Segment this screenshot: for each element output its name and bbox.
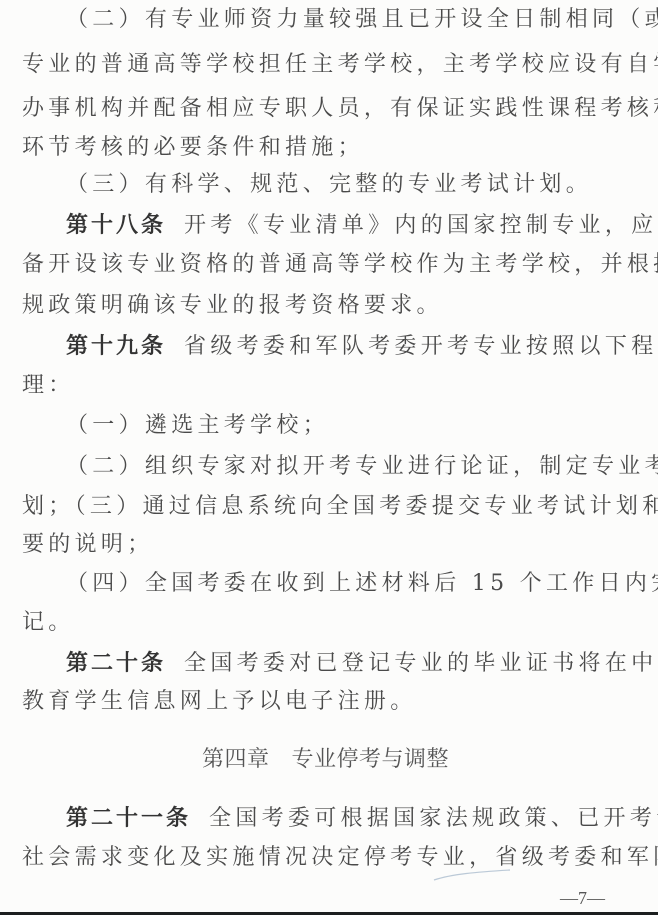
line-text: （四）全国考委在收到上述材料后 15 个工作日内完成专业登: [66, 571, 658, 596]
article-number: 第十九条: [66, 333, 166, 359]
article-18-line-3: 规政策明确该专业的报考资格要求。: [22, 291, 614, 321]
line-text: （二）组织专家对拟开考专业进行论证，制定专业考试计: [66, 454, 658, 479]
pen-mark-icon: [432, 868, 512, 882]
article-19-item-1: （一）遴选主考学校；: [66, 411, 614, 441]
line-text: 环节考核的必要条件和措施；: [22, 135, 364, 160]
article-19-line-1: 第十九条省级考委和军队考委开考专业按照以下程序办: [66, 331, 614, 361]
line-text: 开考《专业清单》内的国家控制专业，应遴选具: [184, 213, 658, 238]
chapter-number: 第四章: [202, 747, 270, 772]
line-text: 划；（三）通过信息系统向全国考委提交专业考试计划和其他必: [22, 494, 658, 519]
clause-3-line-1: （三）有科学、规范、完整的专业考试计划。: [66, 170, 614, 200]
line-text: （一）遴选主考学校；: [66, 413, 329, 438]
clause-2-line-2: 专业的普通高等学校担任主考学校，主考学校应设有自学考试的: [22, 50, 614, 80]
line-text: （二）有专业师资力量较强且已开设全日制相同（或相近）: [66, 7, 658, 32]
line-text: 专业的普通高等学校担任主考学校，主考学校应设有自学考试的: [22, 52, 658, 77]
line-text: 理：: [22, 373, 75, 398]
clause-2-line-1: （二）有专业师资力量较强且已开设全日制相同（或相近）: [66, 5, 614, 35]
article-20-line-2: 教育学生信息网上予以电子注册。: [22, 687, 614, 717]
clause-2-line-4: 环节考核的必要条件和措施；: [22, 133, 614, 163]
article-21-line-1: 第二十一条全国考委可根据国家法规政策、已开考专业的: [66, 803, 614, 833]
article-19-item-3-line-2: 要的说明；: [22, 530, 614, 560]
line-text: 社会需求变化及实施情况决定停考专业，省级考委和军队考委应: [22, 845, 658, 870]
chapter-title: 专业停考与调整: [292, 747, 450, 772]
article-19-item-2-line-1: （二）组织专家对拟开考专业进行论证，制定专业考试计: [66, 452, 614, 482]
article-19-item-2-line-2: 划；（三）通过信息系统向全国考委提交专业考试计划和其他必: [22, 492, 614, 522]
article-20-line-1: 第二十条全国考委对已登记专业的毕业证书将在中国高等: [66, 648, 614, 678]
article-number: 第十八条: [66, 212, 166, 238]
article-21-line-2: 社会需求变化及实施情况决定停考专业，省级考委和军队考委应: [22, 843, 614, 873]
article-18-line-2: 备开设该专业资格的普通高等学校作为主考学校，并根据有关法: [22, 250, 614, 280]
line-text: 全国考委对已登记专业的毕业证书将在中国高等: [184, 651, 658, 676]
page-number: —7—: [560, 886, 605, 910]
article-19-item-4-line-1: （四）全国考委在收到上述材料后 15 个工作日内完成专业登: [66, 569, 614, 599]
clause-2-line-3: 办事机构并配备相应专职人员，有保证实践性课程考核和实践性: [22, 94, 614, 124]
line-text: 教育学生信息网上予以电子注册。: [22, 689, 417, 714]
line-text: 全国考委可根据国家法规政策、已开考专业的: [209, 806, 658, 831]
article-18-line-1: 第十八条开考《专业清单》内的国家控制专业，应遴选具: [66, 210, 614, 240]
line-text: 办事机构并配备相应专职人员，有保证实践性课程考核和实践性: [22, 96, 658, 121]
line-text: 备开设该专业资格的普通高等学校作为主考学校，并根据有关法: [22, 252, 658, 277]
line-text: （三）有科学、规范、完整的专业考试计划。: [66, 172, 592, 197]
article-19-item-4-line-2: 记。: [22, 608, 614, 638]
article-number: 第二十条: [66, 650, 166, 676]
article-19-line-2: 理：: [22, 371, 614, 401]
line-text: 记。: [22, 610, 75, 635]
article-number: 第二十一条: [66, 805, 191, 831]
line-text: 要的说明；: [22, 532, 154, 557]
line-text: 省级考委和军队考委开考专业按照以下程序办: [184, 334, 658, 359]
document-page: （二）有专业师资力量较强且已开设全日制相同（或相近） 专业的普通高等学校担任主考…: [0, 0, 658, 912]
line-text: 规政策明确该专业的报考资格要求。: [22, 293, 443, 318]
